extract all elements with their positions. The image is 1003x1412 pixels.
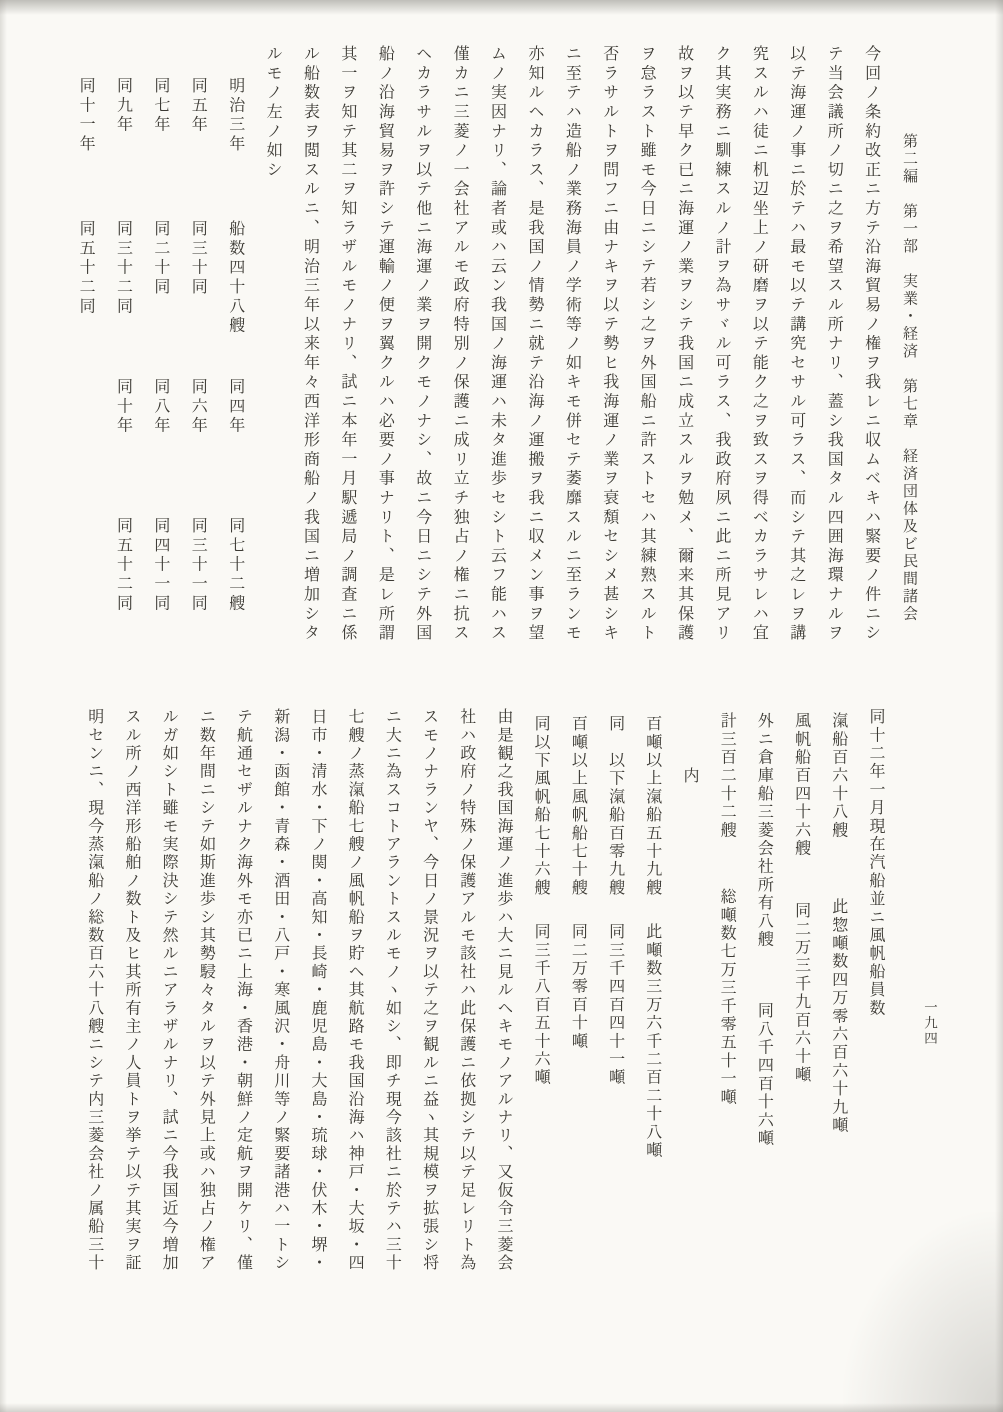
text-column: 僅カニ三菱ノ一会社アルモ政府特別ノ保護ニ成リ立チ独占ノ権ニ抗ス bbox=[442, 38, 479, 660]
stat-tonnage: 同二万零百十噸 bbox=[560, 923, 597, 1050]
text-column: ヘカラサルヲ以テ他ニ海運ノ業ヲ開クモノナシ、故ニ今日ニシテ外国 bbox=[404, 38, 441, 660]
text-column: 亦知ルヘカラス、是我国ノ情勢ニ就テ沿海ノ運搬ヲ我ニ収メン事ヲ望 bbox=[517, 38, 554, 660]
stat-label: 風帆船百四十六艘 bbox=[793, 712, 812, 858]
text-column: 明センニ、現今蒸滊船ノ総数百六十八艘ニシテ内三菱会社ノ属船三十 bbox=[77, 695, 114, 1280]
text-column: ニ数年間ニシテ如斯進歩シ其勢駸々タルヲ以テ外見上或ハ独占ノ権ア bbox=[188, 695, 225, 1280]
stat-tonnage: 同八千四百十六噸 bbox=[746, 1002, 783, 1148]
text-column: 今回ノ条約改正ニ方テ沿海貿易ノ権ヲ我レニ収ムベキハ緊要ノ件ニシ bbox=[853, 38, 890, 660]
stat-tonnage: 此惣噸数四万零六百六十九噸 bbox=[821, 898, 858, 1135]
table-year: 同十年 bbox=[105, 378, 142, 436]
page-number: 一九四 bbox=[919, 1000, 939, 1047]
table-year: 同八年 bbox=[143, 378, 180, 436]
fleet-summary-row: 風帆船百四十六艘 同二万三千九百六十噸 bbox=[783, 695, 820, 1280]
text-column: 七艘ノ蒸滊船七艘ノ風帆船ヲ貯ヘ其航路モ我国沿海ハ神戸・大坂・四 bbox=[337, 695, 374, 1280]
text-column: 其一ヲ知テ其二ヲ知ラザルモノナリ、試ニ本年一月駅遞局ノ調査ニ係 bbox=[330, 38, 367, 660]
stat-label: 百噸以上風帆船七十艘 bbox=[569, 715, 588, 897]
fleet-summary-row: 滊船百六十八艘 此惣噸数四万零六百六十九噸 bbox=[821, 695, 858, 1280]
text-column: テ航通セザルナク海外モ亦已ニ上海・香港・朝鮮ノ定航ヲ開ケリ、僅 bbox=[225, 695, 262, 1280]
fleet-detail-row: 百噸以上滊船五十九艘 此噸数三万六千二百二十八噸 bbox=[635, 695, 672, 1280]
table-count: 同五十二同 bbox=[105, 517, 142, 614]
stat-label: 百噸以上滊船五十九艘 bbox=[644, 715, 663, 897]
fleet-statistics-title: 同十二年一月現在汽船並ニ風帆船員数 bbox=[858, 695, 895, 1280]
stat-label: 外ニ倉庫船三菱会社所有八艘 bbox=[755, 712, 774, 949]
text-column: ルモノ左ノ如シ bbox=[255, 38, 292, 660]
table-count: 同三十二同 bbox=[105, 220, 142, 317]
chapter-heading: 第二編 第一部 実業・経済 第七章 経済団体及ビ民間諸会 bbox=[891, 38, 928, 660]
table-year: 明治三年 bbox=[217, 77, 254, 154]
text-column: 由是観之我国海運ノ進歩ハ大ニ見ルヘキモノアルナリ、又仮令三菱会 bbox=[486, 695, 523, 1280]
ship-count-table-column: 明治三年 船数四十八艘 同四年 同七十二艘 bbox=[217, 38, 254, 660]
stat-tonnage: 同三千八百五十六噸 bbox=[523, 923, 560, 1087]
table-year: 同七年 bbox=[143, 77, 180, 135]
text-column: 船ノ沿海貿易ヲ許シテ運輸ノ便ヲ翼クルハ必要ノ事ナリト、是レ所謂 bbox=[367, 38, 404, 660]
scan-edge-top bbox=[0, 0, 1003, 15]
ship-count-table-column: 同七年 同二十同 同八年 同四十一同 bbox=[143, 38, 180, 660]
table-count: 同三十同 bbox=[180, 220, 217, 297]
fleet-detail-row: 百噸以上風帆船七十艘 同二万零百十噸 bbox=[560, 695, 597, 1280]
table-count: 同二十同 bbox=[143, 220, 180, 297]
fleet-detail-row: 同以下風帆船七十六艘 同三千八百五十六噸 bbox=[523, 695, 560, 1280]
table-year: 同四年 bbox=[217, 378, 254, 436]
inner-breakdown-heading: 内 bbox=[672, 695, 709, 1280]
fleet-summary-row: 計三百二十二艘 総噸数七万三千零五十一噸 bbox=[709, 695, 746, 1280]
table-count: 同七十二艘 bbox=[217, 517, 254, 614]
text-column: ル船数表ヲ閲スルニ、明治三年以来年々西洋形商船ノ我国ニ増加シタ bbox=[292, 38, 329, 660]
text-column: 故ヲ以テ早ク已ニ海運ノ業ヲシテ我国ニ成立スルヲ勉メ、爾来其保護 bbox=[666, 38, 703, 660]
table-year: 同六年 bbox=[180, 378, 217, 436]
text-column: 社ハ政府ノ特殊ノ保護アルモ該社ハ此保護ニ依拠シテ以テ足レリト為 bbox=[449, 695, 486, 1280]
ship-count-table-column: 同九年 同三十二同 同十年 同五十二同 bbox=[105, 38, 142, 660]
stat-label: 同以下風帆船七十六艘 bbox=[532, 715, 551, 897]
text-column: ムノ実因ナリ、論者或ハ云ン我国ノ海運ハ未タ進歩セシト云フ能ハス bbox=[479, 38, 516, 660]
stat-label: 同 以下滊船百零九艘 bbox=[607, 715, 626, 897]
text-column: 究スルハ徒ニ机辺坐上ノ研磨ヲ以テ能ク之ヲ致スヲ得ベカラサレハ宜 bbox=[741, 38, 778, 660]
fleet-summary-row: 外ニ倉庫船三菱会社所有八艘 同八千四百十六噸 bbox=[746, 695, 783, 1280]
text-column: ルガ如シト雖モ実際決シテ然ルニアラザルナリ、試ニ今我国近今増加 bbox=[151, 695, 188, 1280]
text-column: スル所ノ西洋形船舶ノ数ト及ヒ其所有主ノ人員トヲ挙テ以テ其実ヲ証 bbox=[114, 695, 151, 1280]
stat-tonnage: 同三千四百四十一噸 bbox=[597, 923, 634, 1087]
text-column: 新潟・函館・青森・酒田・八戸・寒風沢・舟川等ノ緊要諸港ハ一トシ bbox=[263, 695, 300, 1280]
scan-edge-right bbox=[995, 0, 1003, 1412]
stat-label: 計三百二十二艘 bbox=[718, 712, 737, 839]
stat-tonnage: 総噸数七万三千零五十一噸 bbox=[709, 888, 746, 1106]
text-column: ク其実務ニ馴練スルノ計ヲ為サヾル可ラス、我政府夙ニ此ニ所見アリ bbox=[704, 38, 741, 660]
stat-tonnage: 此噸数三万六千二百二十八噸 bbox=[635, 923, 672, 1160]
text-column: 否ラサルトヲ問フニ由ナキヲ以テ勢ヒ我海運ノ業ヲ衰頽セシメ甚シキ bbox=[591, 38, 628, 660]
table-count: 同四十一同 bbox=[143, 517, 180, 614]
table-year: 同十一年 bbox=[68, 77, 105, 154]
scanned-document-page: 第二編 第一部 実業・経済 第七章 経済団体及ビ民間諸会 今回ノ条約改正ニ方テ沿… bbox=[0, 0, 1003, 1412]
text-column: スモノナランヤ、今日ノ景況ヲ以テ之ヲ観ルニ益ヽ其規模ヲ拡張シ将 bbox=[411, 695, 448, 1280]
table-count: 同三十一同 bbox=[180, 517, 217, 614]
text-column: ニ至テハ造船ノ業務海員ノ学術等ノ如キモ併セテ萎靡スルニ至ランモ bbox=[554, 38, 591, 660]
stat-tonnage: 同二万三千九百六十噸 bbox=[783, 902, 820, 1084]
table-count: 船数四十八艘 bbox=[217, 220, 254, 336]
stat-label: 滊船百六十八艘 bbox=[830, 712, 849, 839]
text-column: ニ大ニ為スコトアラントスルモノヽ如シ、即チ現今該社ニ於テハ三十 bbox=[374, 695, 411, 1280]
ship-count-table-column: 同十一年 同五十二同 bbox=[68, 38, 105, 660]
table-year: 同五年 bbox=[180, 77, 217, 135]
table-count: 同五十二同 bbox=[68, 220, 105, 317]
text-column: 以テ海運ノ事ニ於テハ最モ以テ講究セサル可ラス、而シテ其之レヲ講 bbox=[778, 38, 815, 660]
text-column: 日市・清水・下ノ関・高知・長崎・鹿児島・大島・琉球・伏木・堺・ bbox=[300, 695, 337, 1280]
text-column: ヲ怠ラスト雖モ今日ニシテ若シ之ヲ外国船ニ許ストセハ其練熟スルト bbox=[629, 38, 666, 660]
bottom-text-section: 同十二年一月現在汽船並ニ風帆船員数 滊船百六十八艘 此惣噸数四万零六百六十九噸 … bbox=[77, 695, 895, 1280]
table-year: 同九年 bbox=[105, 77, 142, 135]
top-text-section: 第二編 第一部 実業・経済 第七章 経済団体及ビ民間諸会 今回ノ条約改正ニ方テ沿… bbox=[68, 38, 928, 660]
fleet-detail-row: 同 以下滊船百零九艘 同三千四百四十一噸 bbox=[597, 695, 634, 1280]
scan-edge-left bbox=[0, 0, 7, 1412]
ship-count-table-column: 同五年 同三十同 同六年 同三十一同 bbox=[180, 38, 217, 660]
text-column: テ当会議所ノ切ニ之ヲ希望スル所ナリ、蓋シ我国タル四囲海環ナルヲ bbox=[816, 38, 853, 660]
